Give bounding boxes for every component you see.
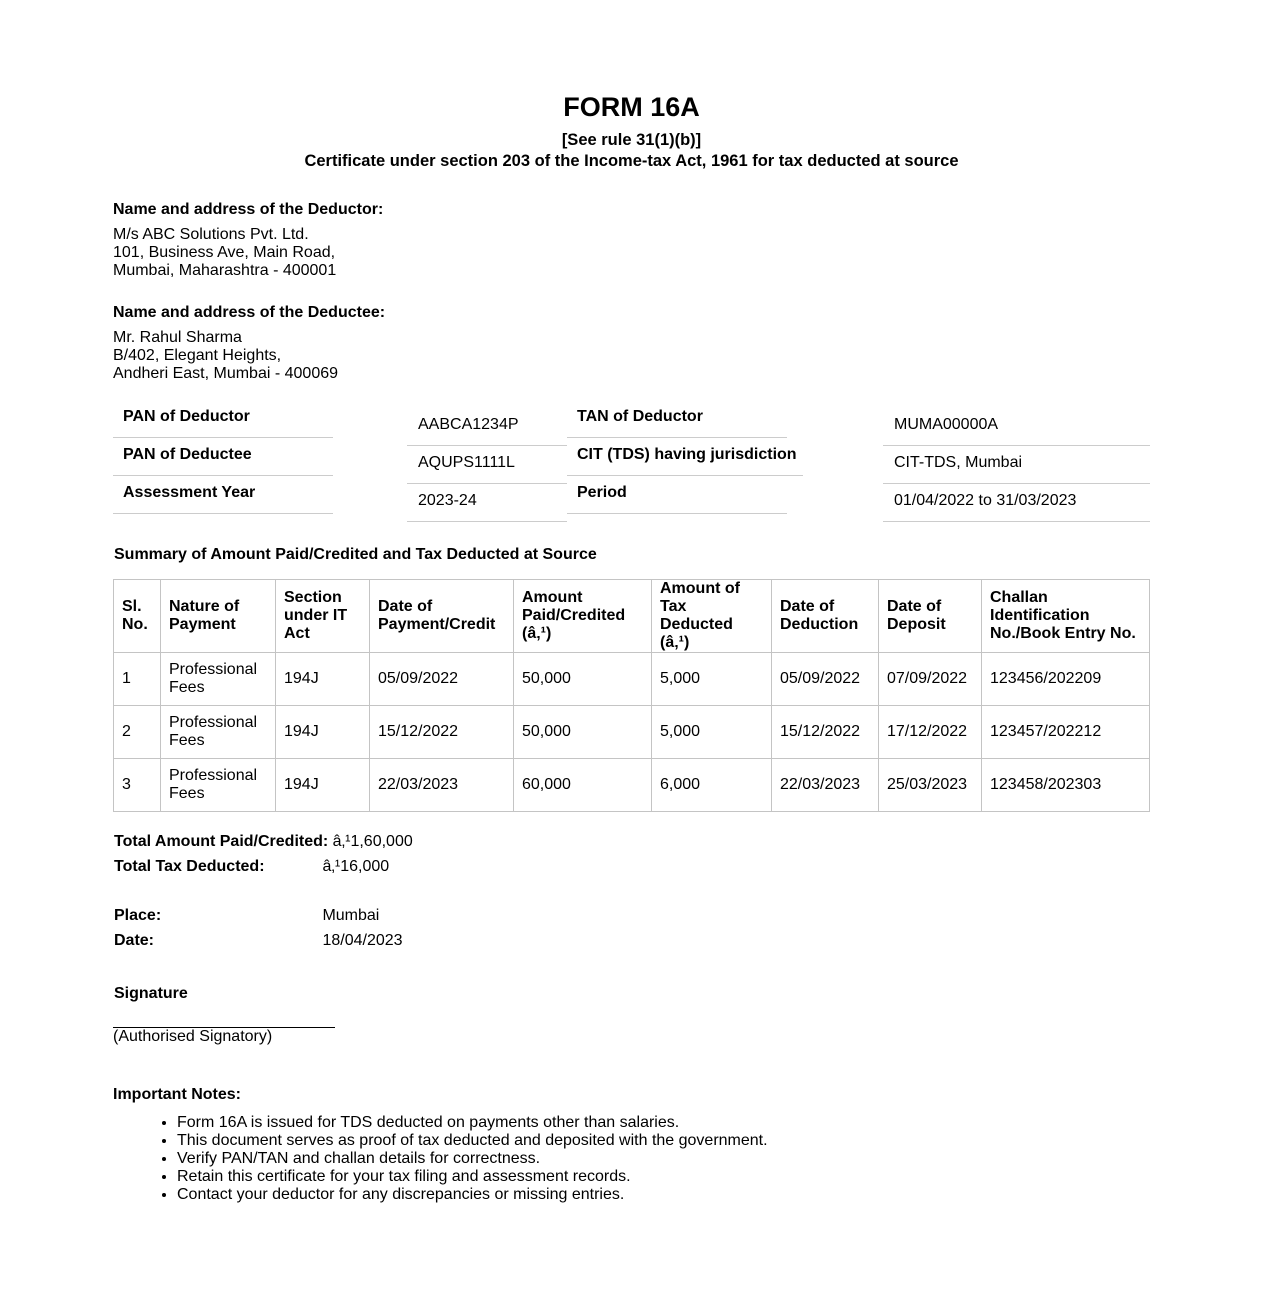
cell-deduction-date: 15/12/2022 [772,706,879,759]
total-amount-row: Total Amount Paid/Credited: â‚¹1,60,000 [114,831,413,856]
column-header-amount-paid: Amount Paid/Credited (â‚¹) [514,580,652,653]
signature-label: Signature [114,984,335,1004]
cell-payment-date: 15/12/2022 [370,706,514,759]
cell-tax-deducted: 6,000 [652,759,772,812]
deductee-address-line: B/402, Elegant Heights, [113,347,385,365]
info-row: PAN of Deductor AABCA1234P TAN of Deduct… [113,405,1150,443]
pan-deductor-value: AABCA1234P [407,405,567,446]
deductor-address-line: 101, Business Ave, Main Road, [113,244,383,262]
note-item: Retain this certificate for your tax fil… [177,1168,768,1186]
signature-section: Signature (Authorised Signatory) [114,984,335,1046]
date-label: Date: [114,930,318,952]
deductor-address: M/s ABC Solutions Pvt. Ltd. 101, Busines… [113,226,383,280]
pan-deductor-label: PAN of Deductor [113,405,333,438]
cell-nature: Professional Fees [161,706,276,759]
cit-jurisdiction-label: CIT (TDS) having jurisdiction [567,443,803,476]
cell-section: 194J [276,706,370,759]
pan-deductee-value: AQUPS1111L [407,443,567,484]
tan-deductor-value: MUMA00000A [883,405,1150,446]
cell-challan: 123458/202303 [982,759,1150,812]
note-item: Verify PAN/TAN and challan details for c… [177,1150,768,1168]
period-label: Period [567,481,787,514]
column-header-tax-deducted: Amount of Tax Deducted (â‚¹) [652,580,772,653]
deductor-label: Name and address of the Deductor: [113,200,383,220]
deductee-address-line: Andheri East, Mumbai - 400069 [113,365,385,383]
pan-deductee-label: PAN of Deductee [113,443,333,476]
info-row: PAN of Deductee AQUPS1111L CIT (TDS) hav… [113,443,1150,481]
cell-payment-date: 05/09/2022 [370,653,514,706]
place-value: Mumbai [322,905,379,927]
cell-sl-no: 2 [114,706,161,759]
totals-section: Total Amount Paid/Credited: â‚¹1,60,000 … [114,831,413,881]
place-date-section: Place: Mumbai Date: 18/04/2023 [114,905,403,955]
cit-jurisdiction-value: CIT-TDS, Mumbai [883,443,1150,484]
column-header-nature: Nature of Payment [161,580,276,653]
notes-list: Form 16A is issued for TDS deducted on p… [113,1114,768,1204]
page-subtitle: [See rule 31(1)(b)] Certificate under se… [113,130,1150,172]
cell-sl-no: 1 [114,653,161,706]
cell-challan: 123457/202212 [982,706,1150,759]
cell-section: 194J [276,653,370,706]
column-header-challan: Challan Identification No./Book Entry No… [982,580,1150,653]
deductor-address-line: Mumbai, Maharashtra - 400001 [113,262,383,280]
cell-amount-paid: 50,000 [514,653,652,706]
place-label: Place: [114,905,318,927]
cell-sl-no: 3 [114,759,161,812]
note-item: This document serves as proof of tax ded… [177,1132,768,1150]
deductee-section: Name and address of the Deductee: Mr. Ra… [113,303,385,383]
cell-nature: Professional Fees [161,759,276,812]
cell-deposit-date: 17/12/2022 [879,706,982,759]
column-header-section: Section under IT Act [276,580,370,653]
cell-challan: 123456/202209 [982,653,1150,706]
info-grid: PAN of Deductor AABCA1234P TAN of Deduct… [113,405,1150,519]
cell-deduction-date: 05/09/2022 [772,653,879,706]
cell-deduction-date: 22/03/2023 [772,759,879,812]
notes-label: Important Notes: [113,1085,768,1105]
column-header-deposit-date: Date of Deposit [879,580,982,653]
tds-summary-table: Sl. No. Nature of Payment Section under … [113,579,1150,812]
signature-line [113,1004,335,1028]
column-header-deduction-date: Date of Deduction [772,580,879,653]
certificate-description: Certificate under section 203 of the Inc… [113,151,1150,172]
page-title: FORM 16A [113,91,1150,123]
cell-payment-date: 22/03/2023 [370,759,514,812]
cell-section: 194J [276,759,370,812]
table-row: 2 Professional Fees 194J 15/12/2022 50,0… [114,706,1150,759]
cell-tax-deducted: 5,000 [652,653,772,706]
deductee-address: Mr. Rahul Sharma B/402, Elegant Heights,… [113,329,385,383]
assessment-year-label: Assessment Year [113,481,333,514]
cell-amount-paid: 60,000 [514,759,652,812]
cell-amount-paid: 50,000 [514,706,652,759]
deductor-section: Name and address of the Deductor: M/s AB… [113,200,383,280]
deductee-name: Mr. Rahul Sharma [113,329,385,347]
table-row: 3 Professional Fees 194J 22/03/2023 60,0… [114,759,1150,812]
signatory-caption: (Authorised Signatory) [113,1028,335,1046]
total-amount-value: â‚¹1,60,000 [333,831,413,853]
summary-title: Summary of Amount Paid/Credited and Tax … [114,545,597,565]
note-item: Form 16A is issued for TDS deducted on p… [177,1114,768,1132]
date-value: 18/04/2023 [322,930,402,952]
table-header-row: Sl. No. Nature of Payment Section under … [114,580,1150,653]
cell-nature: Professional Fees [161,653,276,706]
assessment-year-value: 2023-24 [407,481,567,522]
column-header-sl-no: Sl. No. [114,580,161,653]
info-row: Assessment Year 2023-24 Period 01/04/202… [113,481,1150,519]
total-amount-label: Total Amount Paid/Credited: [114,831,328,853]
table-row: 1 Professional Fees 194J 05/09/2022 50,0… [114,653,1150,706]
date-row: Date: 18/04/2023 [114,930,403,955]
cell-tax-deducted: 5,000 [652,706,772,759]
total-tax-row: Total Tax Deducted: â‚¹16,000 [114,856,413,881]
important-notes: Important Notes: Form 16A is issued for … [113,1085,768,1204]
deductee-label: Name and address of the Deductee: [113,303,385,323]
deductor-name: M/s ABC Solutions Pvt. Ltd. [113,226,383,244]
cell-deposit-date: 25/03/2023 [879,759,982,812]
note-item: Contact your deductor for any discrepanc… [177,1186,768,1204]
period-value: 01/04/2022 to 31/03/2023 [883,481,1150,522]
tan-deductor-label: TAN of Deductor [567,405,787,438]
rule-reference: [See rule 31(1)(b)] [113,130,1150,151]
cell-deposit-date: 07/09/2022 [879,653,982,706]
place-row: Place: Mumbai [114,905,403,930]
column-header-payment-date: Date of Payment/Credit [370,580,514,653]
total-tax-label: Total Tax Deducted: [114,856,318,878]
total-tax-value: â‚¹16,000 [322,856,389,878]
